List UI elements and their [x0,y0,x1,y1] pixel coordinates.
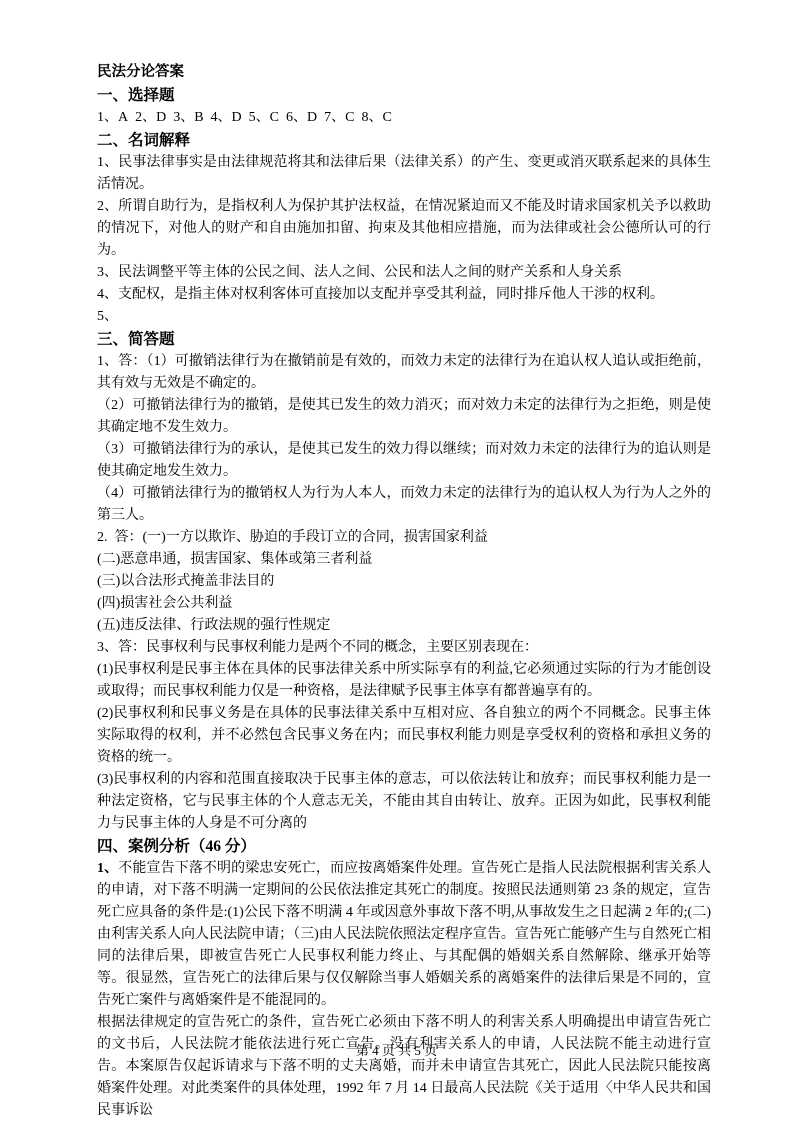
item-number-bold: 1、 [97,861,118,876]
paragraph: 1、A 2、D 3、B 4、D 5、C 6、D 7、C 8、C [97,107,711,129]
document-content: 一、选择题1、A 2、D 3、B 4、D 5、C 6、D 7、C 8、C二、名词… [97,84,711,1122]
paragraph: 5、 [97,306,711,328]
paragraph: 2、所谓自助行为，是指权利人为保护其护法权益，在情况紧迫而又不能及时请求国家机关… [97,196,711,262]
paragraph: 3、答：民事权利与民事权利能力是两个不同的概念，主要区别表现在： [97,637,711,659]
paragraph: (五)违反法律、行政法规的强行性规定 [97,615,711,637]
paragraph: 3、民法调整平等主体的公民之间、法人之间、公民和法人之间的财产关系和人身关系 [97,262,711,284]
paragraph: 4、支配权，是指主体对权利客体可直接加以支配并享受其利益，同时排斥他人干涉的权利… [97,284,711,306]
paragraph: (1)民事权利是民事主体在具体的民事法律关系中所实际享有的利益,它必须通过实际的… [97,659,711,703]
paragraph: 1、答：（1）可撤销法律行为在撤销前是有效的，而效力未定的法律行为在追认权人追认… [97,351,711,395]
paragraph: (二)恶意串通，损害国家、集体或第三者利益 [97,549,711,571]
paragraph: （2）可撤销法律行为的撤销，是使其已发生的效力消灭；而对效力未定的法律行为之拒绝… [97,395,711,439]
page-number-footer: 第 4 页 共 5 页 [0,1040,793,1059]
paragraph: 2. 答：(一)一方以欺诈、胁迫的手段订立的合同，损害国家利益 [97,527,711,549]
paragraph: 1、民事法律事实是由法律规范将其和法律后果（法律关系）的产生、变更或消灭联系起来… [97,152,711,196]
section-heading: 一、选择题 [97,84,711,107]
paragraph: 根据法律规定的宣告死亡的条件，宣告死亡必须由下落不明人的利害关系人明确提出申请宣… [97,1012,711,1122]
document-page: 民法分论答案 一、选择题1、A 2、D 3、B 4、D 5、C 6、D 7、C … [0,0,793,1122]
paragraph: 1、不能宣告下落不明的梁忠安死亡，而应按离婚案件处理。宣告死亡是指人民法院根据利… [97,858,711,1012]
paragraph: （3）可撤销法律行为的承认，是使其已发生的效力得以继续；而对效力未定的法律行为的… [97,439,711,483]
section-heading: 三、简答题 [97,328,711,351]
paragraph: （4）可撤销法律行为的撤销权人为行为人本人，而效力未定的法律行为的追认权人为行为… [97,483,711,527]
paragraph: (2)民事权利和民事义务是在具体的民事法律关系中互相对应、各自独立的两个不同概念… [97,703,711,769]
paragraph: (3)民事权利的内容和范围直接取决于民事主体的意志，可以依法转让和放弃；而民事权… [97,769,711,835]
paragraph: (四)损害社会公共利益 [97,593,711,615]
document-body: 民法分论答案 一、选择题1、A 2、D 3、B 4、D 5、C 6、D 7、C … [97,61,711,1122]
document-title: 民法分论答案 [97,61,711,84]
paragraph: (三)以合法形式掩盖非法目的 [97,571,711,593]
section-heading: 四、案例分析（46 分） [97,835,711,858]
section-heading: 二、名词解释 [97,129,711,152]
